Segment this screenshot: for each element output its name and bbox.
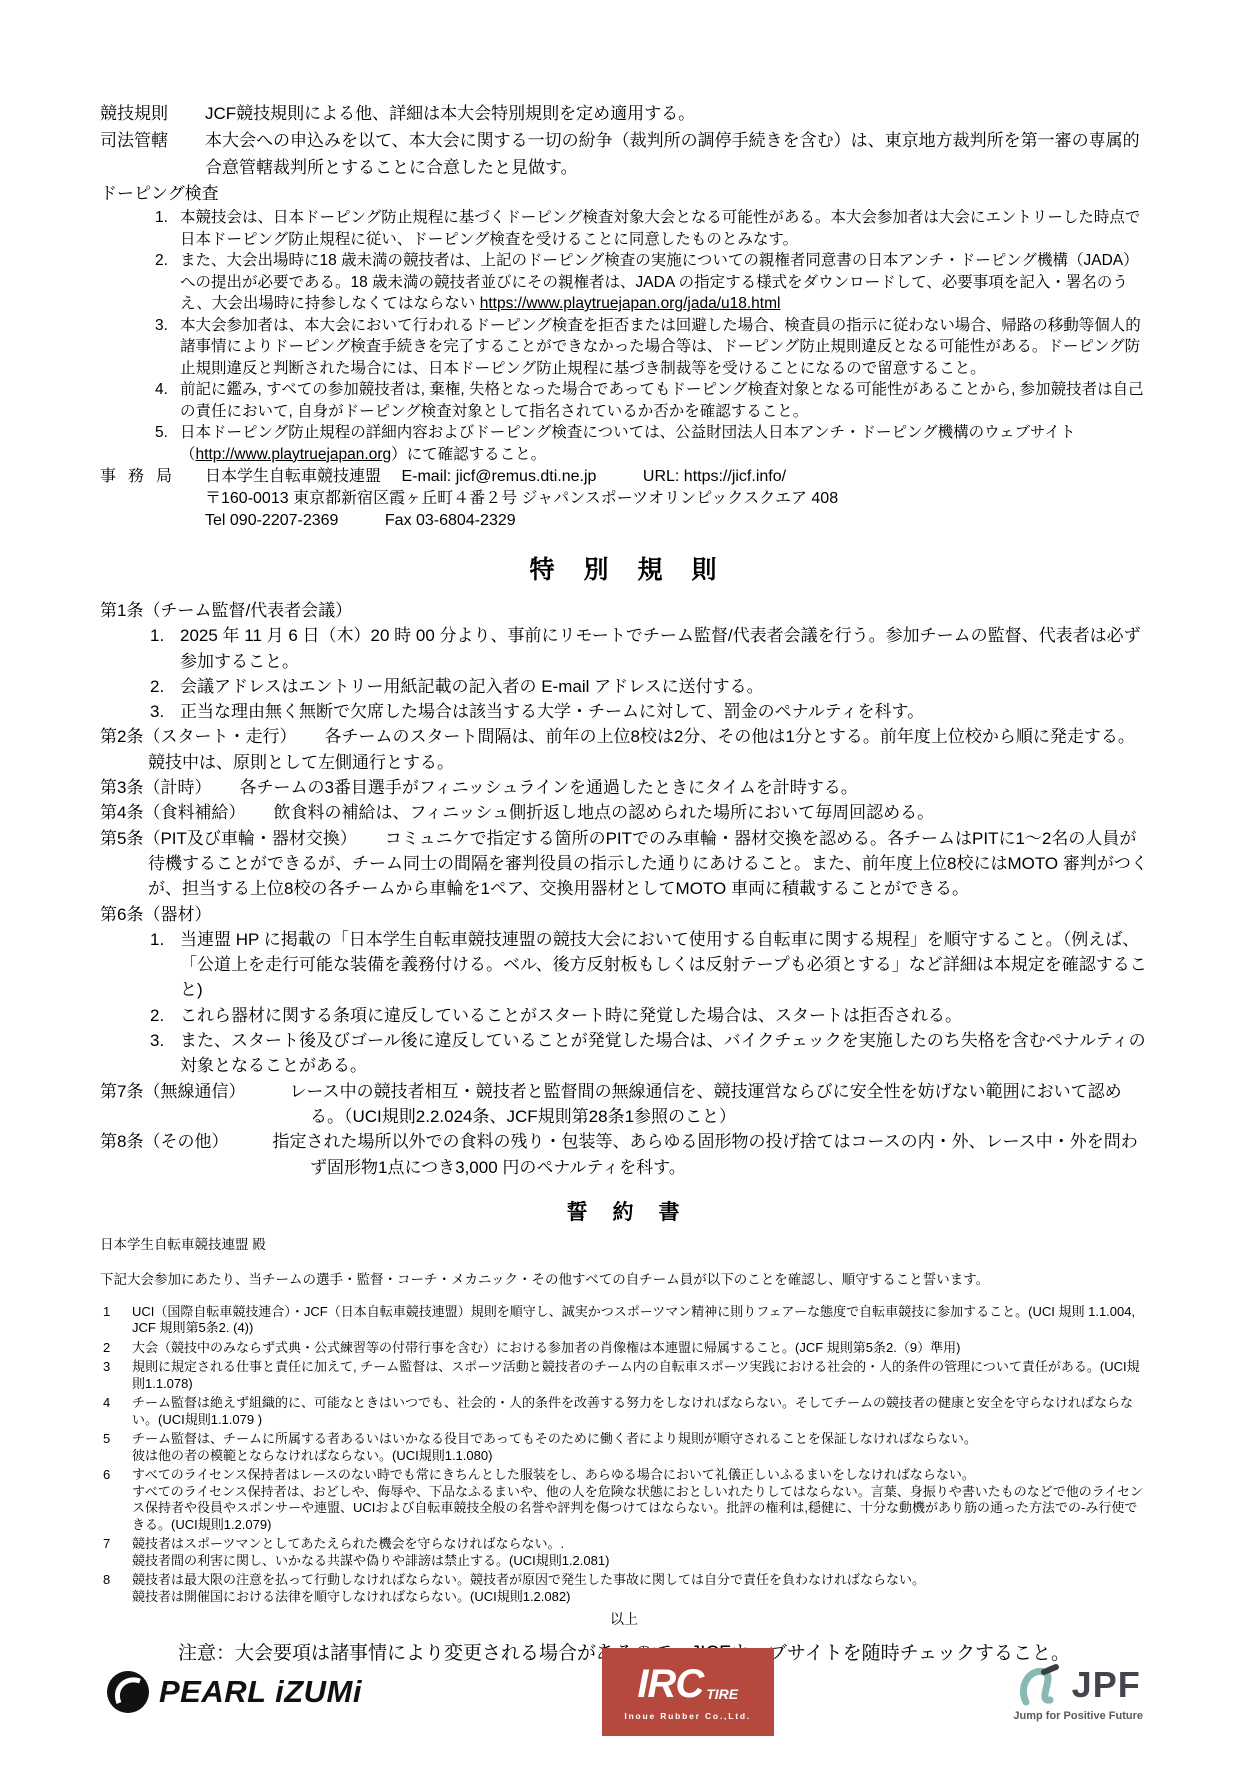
pledge-closing: 以上 (100, 1609, 1148, 1629)
competition-rules-text: JCF競技規則による他、詳細は本大会特別規則を定め適用する。 (205, 100, 1148, 127)
pledge-item-8: 8 競技者は最大限の注意を払って行動しなければならない。競技者が原因で発生した事… (100, 1572, 1148, 1605)
article-5: 第5条（PIT及び車輪・器材交換）コミュニケで指定する箇所のPITでのみ車輪・器… (100, 826, 1148, 902)
pearl-izumi-logo: PEARL iZUMi (105, 1669, 362, 1715)
article-3-body: 各チームの3番目選手がフィニッシュラインを通過したときにタイムを計時する。 (239, 778, 857, 797)
pledge-item-5-line-2: 彼は他の者の模範とならなければならない。(UCI規則1.1.080) (132, 1448, 1148, 1465)
doping-item-3: 3. 本大会参加者は、本大会において行われるドーピング検査を拒否または回避した場… (100, 315, 1148, 380)
pledge-item-6-number: 6 (103, 1467, 110, 1484)
secretariat-org: 日本学生自転車競技連盟 (205, 468, 381, 485)
article-1-item-1-text: 2025 年 11 月 6 日（木）20 時 00 分より、事前にリモートでチー… (180, 626, 1141, 670)
article-1: 第1条（チーム監督/代表者会議） 1. 2025 年 11 月 6 日（木）20… (100, 598, 1148, 724)
jpf-name-text: JPF (1072, 1664, 1141, 1706)
irc-tire-logo: IRC TIRE Inoue Rubber Co.,Ltd. (602, 1648, 774, 1736)
sponsor-footer: PEARL iZUMi IRC TIRE Inoue Rubber Co.,Lt… (0, 1648, 1248, 1736)
article-4: 第4条（食料補給）飲食料の補給は、フィニッシュ側折返し地点の認められた場所におい… (100, 800, 1148, 825)
doping-item-3-text: 本大会参加者は、本大会において行われるドーピング検査を拒否または回避した場合、検… (180, 317, 1141, 377)
pledge-item-3-number: 3 (103, 1359, 110, 1376)
row-jurisdiction: 司法管轄 本大会への申込みを以て、本大会に関する一切の紛争（裁判所の調停手続きを… (100, 127, 1148, 181)
article-1-item-3-text: 正当な理由無く無断で欠席した場合は該当する大学・チームに対して、罰金のペナルティ… (180, 702, 924, 721)
article-1-item-1-number: 1. (150, 623, 164, 648)
secretariat-email: E-mail: jicf@remus.dti.ne.jp (401, 468, 596, 485)
article-6: 第6条（器材） 1. 当連盟 HP に掲載の「日本学生自転車競技連盟の競技大会に… (100, 902, 1148, 1079)
pledge-item-3-line-1: 規則に規定される仕事と責任に加えて, チーム監督は、スポーツ活動と競技者のチーム… (132, 1359, 1148, 1392)
irc-tire-text: TIRE (706, 1687, 738, 1701)
pledge-item-2-number: 2 (103, 1340, 110, 1357)
article-6-item-2: 2. これら器材に関する条項に違反していることがスタート時に発覚した場合は、スタ… (100, 1003, 1148, 1028)
jpf-ribbon-icon (1016, 1662, 1068, 1708)
secretariat-line-1: 日本学生自転車競技連盟 E-mail: jicf@remus.dti.ne.jp… (205, 466, 1148, 488)
article-6-item-3-number: 3. (150, 1028, 164, 1053)
pledge-item-1-line-1: UCI（国際自転車競技連合）・JCF（日本自転車競技連盟）規則を順守し、誠実かつ… (132, 1304, 1148, 1337)
pledge-item-6-line-2: すべてのライセンス保持者は、おどしや、侮辱や、下品なふるまいや、他の人を危険な状… (132, 1484, 1148, 1534)
playtruejapan-link[interactable]: http://www.playtruejapan.org (196, 446, 392, 463)
article-7-body: レース中の競技者相互・競技者と監督間の無線通信を、競技運営ならびに安全性を妨げな… (289, 1082, 1121, 1126)
pledge-item-4: 4 チーム監督は絶えず組織的に、可能なときはいつでも、社会的・人的条件を改善する… (100, 1395, 1148, 1428)
article-6-item-1: 1. 当連盟 HP に掲載の「日本学生自転車競技連盟の競技大会において使用する自… (100, 927, 1148, 1003)
article-1-item-2-number: 2. (150, 674, 164, 699)
jpf-wordmark-row: JPF (1016, 1662, 1141, 1708)
article-1-item-2: 2. 会議アドレスはエントリー用紙記載の記入者の E-mail アドレスに送付す… (100, 674, 1148, 699)
row-competition-rules: 競技規則 JCF競技規則による他、詳細は本大会特別規則を定め適用する。 (100, 100, 1148, 127)
secretariat-fax: Fax 03-6804-2329 (385, 512, 516, 529)
article-1-item-2-text: 会議アドレスはエントリー用紙記載の記入者の E-mail アドレスに送付する。 (180, 677, 764, 696)
article-7-label: 第7条（無線通信） (100, 1082, 245, 1101)
article-6-item-3: 3. また、スタート後及びゴール後に違反していることが発覚した場合は、バイクチェ… (100, 1028, 1148, 1079)
pledge-item-7-number: 7 (103, 1536, 110, 1553)
pledge-item-4-line-1: チーム監督は絶えず組織的に、可能なときはいつでも、社会的・人的条件を改善する努力… (132, 1395, 1148, 1428)
special-rules-articles: 第1条（チーム監督/代表者会議） 1. 2025 年 11 月 6 日（木）20… (100, 598, 1148, 1180)
article-6-item-1-number: 1. (150, 927, 164, 952)
secretariat-row: 事務局 日本学生自転車競技連盟 E-mail: jicf@remus.dti.n… (100, 466, 1148, 532)
pledge-item-7-line-1: 競技者はスポーツマンとしてあたえられた機会を守らなければならない。. (132, 1536, 1148, 1553)
article-4-label: 第4条（食料補給） (100, 803, 245, 822)
pledge-item-2: 2 大会（競技中のみならず式典・公式練習等の付帯行事を含む）における参加者の肖像… (100, 1340, 1148, 1357)
pledge-item-7: 7 競技者はスポーツマンとしてあたえられた機会を守らなければならない。. 競技者… (100, 1536, 1148, 1569)
irc-subtitle: Inoue Rubber Co.,Ltd. (624, 1711, 751, 1721)
article-1-item-3: 3. 正当な理由無く無断で欠席した場合は該当する大学・チームに対して、罰金のペナ… (100, 699, 1148, 724)
doping-item-5-number: 5. (155, 422, 168, 444)
doping-item-5: 5. 日本ドーピング防止規程の詳細内容およびドーピング検査については、公益財団法… (100, 422, 1148, 465)
secretariat-label: 事務局 (100, 466, 205, 532)
article-6-item-2-number: 2. (150, 1003, 164, 1028)
jurisdiction-text: 本大会への申込みを以て、本大会に関する一切の紛争（裁判所の調停手続きを含む）は、… (205, 127, 1148, 181)
special-rules-title: 特 別 規 則 (100, 550, 1148, 586)
article-5-label: 第5条（PIT及び車輪・器材交換） (100, 829, 357, 848)
article-3: 第3条（計時）各チームの3番目選手がフィニッシュラインを通過したときにタイムを計… (100, 775, 1148, 800)
jpf-tagline: Jump for Positive Future (1013, 1710, 1143, 1722)
jurisdiction-label: 司法管轄 (100, 127, 205, 181)
article-6-item-3-text: また、スタート後及びゴール後に違反していることが発覚した場合は、バイクチェックを… (180, 1031, 1146, 1075)
competition-rules-label: 競技規則 (100, 100, 205, 127)
irc-name-text: IRC (637, 1664, 703, 1704)
doping-item-2: 2. また、大会出場時に18 歳未満の競技者は、上記のドーピング検査の実施につい… (100, 250, 1148, 315)
article-2: 第2条（スタート・走行）各チームのスタート間隔は、前年の上位8校は2分、その他は… (100, 724, 1148, 775)
pledge-item-1: 1 UCI（国際自転車競技連合）・JCF（日本自転車競技連盟）規則を順守し、誠実… (100, 1304, 1148, 1337)
secretariat-address: 〒160-0013 東京都新宿区霞ヶ丘町４番２号 ジャパンスポーツオリンピックス… (205, 488, 1148, 510)
doping-item-4-text: 前記に鑑み, すべての参加競技者は, 棄権, 失格となった場合であってもドーピン… (180, 381, 1144, 420)
article-2-label: 第2条（スタート・走行） (100, 727, 296, 746)
article-7: 第7条（無線通信）レース中の競技者相互・競技者と監督間の無線通信を、競技運営なら… (100, 1079, 1148, 1130)
article-1-item-1: 1. 2025 年 11 月 6 日（木）20 時 00 分より、事前にリモート… (100, 623, 1148, 674)
doping-item-4: 4. 前記に鑑み, すべての参加競技者は, 棄権, 失格となった場合であってもド… (100, 379, 1148, 422)
pledge-item-6: 6 すべてのライセンス保持者はレースのない時でも常にきちんとした服装をし、あらゆ… (100, 1467, 1148, 1533)
pledge-item-8-line-1: 競技者は最大限の注意を払って行動しなければならない。競技者が原因で発生した事故に… (132, 1572, 1148, 1589)
article-8-body: 指定された場所以外での食料の残り・包装等、あらゆる固形物の投げ捨てはコースの内・… (272, 1132, 1137, 1176)
doping-item-1-number: 1. (155, 207, 168, 229)
article-8: 第8条（その他）指定された場所以外での食料の残り・包装等、あらゆる固形物の投げ捨… (100, 1129, 1148, 1180)
doping-list: 1. 本競技会は、日本ドーピング防止規程に基づくドーピング検査対象大会となる可能… (100, 207, 1148, 465)
doping-item-1: 1. 本競技会は、日本ドーピング防止規程に基づくドーピング検査対象大会となる可能… (100, 207, 1148, 250)
pledge-item-5-number: 5 (103, 1431, 110, 1448)
pledge-item-1-number: 1 (103, 1304, 110, 1321)
pledge-intro: 下記大会参加にあたり、当チームの選手・監督・コーチ・メカニック・その他すべての自… (100, 1271, 1148, 1288)
doping-item-2-number: 2. (155, 250, 168, 272)
article-6-item-1-text: 当連盟 HP に掲載の「日本学生自転車競技連盟の競技大会において使用する自転車に… (180, 930, 1147, 1000)
irc-wordmark: IRC TIRE (637, 1664, 738, 1704)
jada-u18-link[interactable]: https://www.playtruejapan.org/jada/u18.h… (480, 295, 781, 312)
secretariat-line-3: Tel 090-2207-2369 Fax 03-6804-2329 (205, 510, 1148, 532)
pledge-addressee: 日本学生自転車競技連盟 殿 (100, 1236, 1148, 1253)
doping-item-1-text: 本競技会は、日本ドーピング防止規程に基づくドーピング検査対象大会となる可能性があ… (180, 209, 1140, 248)
doping-item-4-number: 4. (155, 379, 168, 401)
doping-item-5-post: ）にて確認すること。 (391, 446, 546, 463)
article-6-label: 第6条（器材） (100, 902, 1148, 927)
article-6-item-2-text: これら器材に関する条項に違反していることがスタート時に発覚した場合は、スタートは… (180, 1006, 962, 1025)
pledge-list: 1 UCI（国際自転車競技連合）・JCF（日本自転車競技連盟）規則を順守し、誠実… (100, 1304, 1148, 1606)
secretariat-tel: Tel 090-2207-2369 (205, 512, 338, 529)
document-page: 競技規則 JCF競技規則による他、詳細は本大会特別規則を定め適用する。 司法管轄… (0, 0, 1248, 1765)
secretariat-text: 日本学生自転車競技連盟 E-mail: jicf@remus.dti.ne.jp… (205, 466, 1148, 532)
pledge-item-6-line-1: すべてのライセンス保持者はレースのない時でも常にきちんとした服装をし、あらゆる場… (132, 1467, 1148, 1484)
pledge-item-5-line-1: チーム監督は、チームに所属する者あるいはいかなる役目であってもそのために働く者に… (132, 1431, 1148, 1448)
doping-item-3-number: 3. (155, 315, 168, 337)
pledge-title: 誓 約 書 (100, 1196, 1148, 1226)
article-1-label: 第1条（チーム監督/代表者会議） (100, 598, 1148, 623)
jpf-logo: JPF Jump for Positive Future (1013, 1662, 1143, 1722)
doping-section-label: ドーピング検査 (100, 181, 1148, 207)
article-8-label: 第8条（その他） (100, 1132, 228, 1151)
pledge-item-2-line-1: 大会（競技中のみならず式典・公式練習等の付帯行事を含む）における参加者の肖像権は… (132, 1340, 1148, 1357)
secretariat-url: URL: https://jicf.info/ (643, 468, 786, 485)
pearl-izumi-icon (105, 1669, 151, 1715)
article-1-item-3-number: 3. (150, 699, 164, 724)
article-4-body: 飲食料の補給は、フィニッシュ側折返し地点の認められた場所において毎周回認める。 (273, 803, 934, 822)
article-3-label: 第3条（計時） (100, 778, 211, 797)
pledge-item-4-number: 4 (103, 1395, 110, 1412)
pledge-item-3: 3 規則に規定される仕事と責任に加えて, チーム監督は、スポーツ活動と競技者のチ… (100, 1359, 1148, 1392)
pledge-item-7-line-2: 競技者間の利害に関し、いかなる共謀や偽りや誹謗は禁止する。(UCI規則1.2.0… (132, 1553, 1148, 1570)
pledge-item-8-number: 8 (103, 1572, 110, 1589)
pledge-item-8-line-2: 競技者は開催国における法律を順守しなければならない。(UCI規則1.2.082) (132, 1589, 1148, 1606)
pearl-izumi-wordmark: PEARL iZUMi (159, 1674, 362, 1710)
pledge-item-5: 5 チーム監督は、チームに所属する者あるいはいかなる役目であってもそのために働く… (100, 1431, 1148, 1464)
